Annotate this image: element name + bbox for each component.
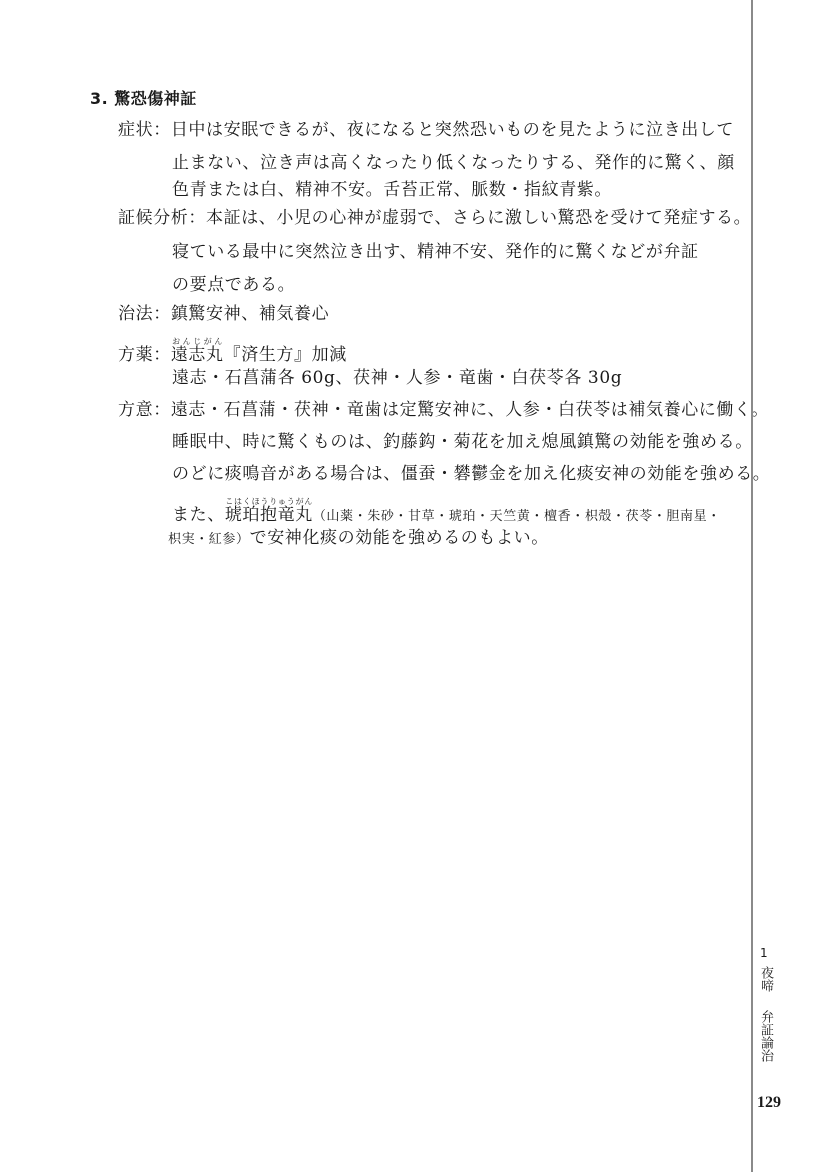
symptoms-text-1: 日中は安眠できるが、夜になると突然恐いものを見たように泣き出して — [171, 120, 734, 140]
formula-name-reading: おんじがん — [171, 337, 224, 346]
analysis-line-3: の要点である。 — [172, 275, 295, 295]
symptoms-line-3: 色青または白、精神不安。舌苔正常、脈数・指紋青紫。 — [172, 180, 612, 200]
alt-formula-name: 琥珀抱竜丸こはくほうりゅうがん — [225, 505, 313, 525]
rationale-line5-suffix: で安神化痰の効能を強めるのもよい。 — [250, 528, 549, 548]
formula-line: 方薬：遠志丸おんじがん『済生方』加減 — [118, 337, 347, 365]
alt-formula-ingredients-2: 枳実・紅参） — [168, 532, 250, 547]
symptoms-label: 症状： — [118, 120, 171, 140]
formula-source: 『済生方』加減 — [224, 345, 347, 365]
analysis-line-1: 証候分析：本証は、小児の心神が虚弱で、さらに激しい驚恐を受けて発症する。 — [118, 208, 751, 228]
page-number: 129 — [757, 1094, 781, 1112]
margin-rule — [751, 0, 753, 1172]
symptoms-line-2: 止まない、泣き声は高くなったり低くなったりする、発作的に驚く、顔 — [172, 153, 735, 173]
section-heading: 3.驚恐傷神証 — [90, 86, 197, 109]
treatment-label: 治法： — [118, 304, 171, 324]
rationale-line-5: 枳実・紅参）で安神化痰の効能を強めるのもよい。 — [168, 528, 549, 550]
formula-label: 方薬： — [118, 345, 171, 365]
treatment-text: 鎮驚安神、補気養心 — [171, 304, 329, 324]
rationale-label: 方意： — [118, 400, 171, 420]
treatment-line: 治法：鎮驚安神、補気養心 — [118, 304, 329, 324]
section-title: 驚恐傷神証 — [114, 89, 197, 108]
analysis-text-1: 本証は、小児の心神が虚弱で、さらに激しい驚恐を受けて発症する。 — [206, 208, 751, 228]
document-page: 3.驚恐傷神証 症状：日中は安眠できるが、夜になると突然恐いものを見たように泣き… — [0, 0, 830, 1172]
analysis-label: 証候分析： — [118, 208, 206, 228]
rationale-line4-prefix: また、 — [172, 505, 225, 525]
symptoms-line-1: 症状：日中は安眠できるが、夜になると突然恐いものを見たように泣き出して — [118, 120, 734, 140]
analysis-line-2: 寝ている最中に突然泣き出す、精神不安、発作的に驚くなどが弁証 — [172, 242, 699, 262]
rationale-text-1: 遠志・石菖蒲・茯神・竜歯は定驚安神に、人参・白茯苓は補気養心に働く。 — [171, 400, 769, 420]
section-number: 3. — [90, 89, 108, 108]
section-tab-title: 弁証論治 — [758, 1010, 772, 1062]
rationale-line-4: また、琥珀抱竜丸こはくほうりゅうがん（山薬・朱砂・甘草・琥珀・天竺黄・檀香・枳殻… — [172, 497, 721, 527]
chapter-title: 夜啼 — [758, 966, 772, 992]
formula-ingredients: 遠志・石菖蒲各 60g、茯神・人参・竜歯・白茯苓各 30g — [172, 368, 622, 388]
chapter-number: 1 — [760, 946, 768, 960]
alt-formula-reading: こはくほうりゅうがん — [225, 497, 313, 506]
rationale-line-1: 方意：遠志・石菖蒲・茯神・竜歯は定驚安神に、人参・白茯苓は補気養心に働く。 — [118, 400, 769, 420]
rationale-line-3: のどに痰鳴音がある場合は、僵蚕・礬鬱金を加え化痰安神の効能を強める。 — [172, 464, 770, 484]
alt-formula-ingredients-1: （山薬・朱砂・甘草・琥珀・天竺黄・檀香・枳殻・茯苓・胆南星・ — [313, 509, 721, 524]
formula-name: 遠志丸おんじがん — [171, 345, 224, 365]
rationale-line-2: 睡眠中、時に驚くものは、釣藤鈎・菊花を加え熄風鎮驚の効能を強める。 — [172, 432, 753, 452]
